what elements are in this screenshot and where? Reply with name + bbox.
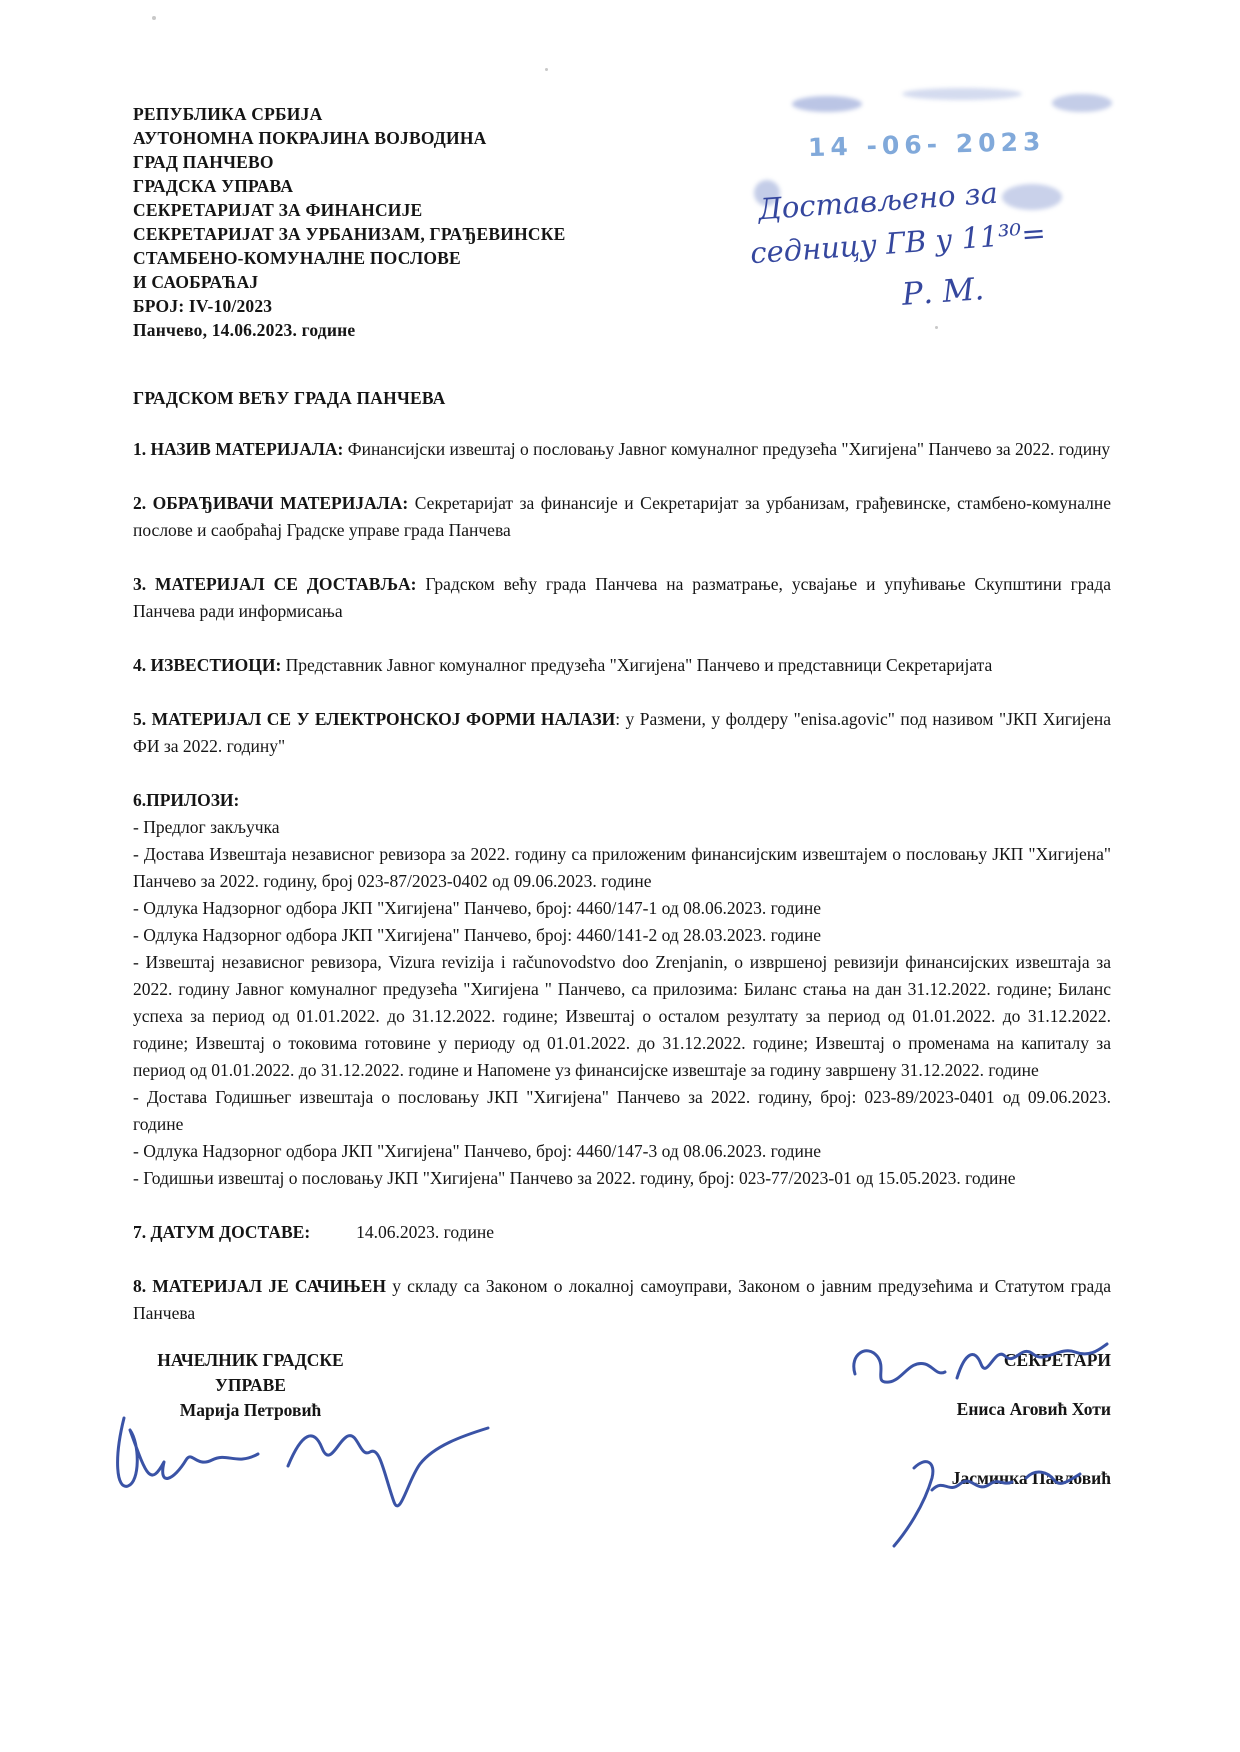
signatory-left: НАЧЕЛНИК ГРАДСКЕ УПРАВЕ Марија Петровић <box>133 1348 368 1491</box>
item-8-label: 8. МАТЕРИЈАЛ ЈЕ САЧИЊЕН <box>133 1276 386 1296</box>
item-7-label: 7. ДАТУМ ДОСТАВЕ: <box>133 1222 310 1242</box>
attachment-item: - Достава Годишњег извештаја о пословању… <box>133 1084 1111 1138</box>
letterhead-line: СЕКРЕТАРИЈАТ ЗА УРБАНИЗАМ, ГРАЂЕВИНСКЕ <box>133 222 1111 246</box>
item-1-text: Финансијски извештај о пословању Јавног … <box>348 439 1110 459</box>
item-2: 2. ОБРАЂИВАЧИ МАТЕРИЈАЛА: Секретаријат з… <box>133 490 1111 544</box>
place-and-date: Панчево, 14.06.2023. године <box>133 318 1111 342</box>
attachments-list: - Предлог закључка - Достава Извештаја н… <box>133 814 1111 1192</box>
left-title-line2: УПРАВЕ <box>133 1373 368 1398</box>
item-8: 8. МАТЕРИЈАЛ ЈЕ САЧИЊЕН у складу са Зако… <box>133 1273 1111 1327</box>
attachment-item: - Одлука Надзорног одбора ЈКП "Хигијена"… <box>133 922 1111 949</box>
letterhead-line: ГРАД ПАНЧЕВО <box>133 150 1111 174</box>
left-title-line1: НАЧЕЛНИК ГРАДСКЕ <box>133 1348 368 1373</box>
letterhead-line: РЕПУБЛИКА СРБИЈА <box>133 102 1111 126</box>
attachment-item: - Предлог закључка <box>133 814 1111 841</box>
signatory-right: СЕКРЕТАРИ Ениса Аговић Хоти Јасминка Пав… <box>811 1348 1111 1491</box>
document-page: 14 -06- 2023 Достављено за седницу ГВ у … <box>0 0 1240 1752</box>
recipient-heading: ГРАДСКОМ ВЕЋУ ГРАДА ПАНЧЕВА <box>133 388 1111 409</box>
attachment-item: - Годишњи извештај о пословању ЈКП "Хиги… <box>133 1165 1111 1192</box>
item-5: 5. МАТЕРИЈАЛ СЕ У ЕЛЕКТРОНСКОЈ ФОРМИ НАЛ… <box>133 706 1111 760</box>
item-1: 1. НАЗИВ МАТЕРИЈАЛА: Финансијски извешта… <box>133 436 1111 463</box>
signature-section: НАЧЕЛНИК ГРАДСКЕ УПРАВЕ Марија Петровић … <box>133 1348 1111 1491</box>
letterhead-line: ГРАДСКА УПРАВА <box>133 174 1111 198</box>
letterhead-line: СТАМБЕНО-КОМУНАЛНЕ ПОСЛОВЕ <box>133 246 1111 270</box>
scan-speck <box>152 16 156 20</box>
item-4-text: Представник Јавног комуналног предузећа … <box>286 655 993 675</box>
attachment-item: - Одлука Надзорног одбора ЈКП "Хигијена"… <box>133 1138 1111 1165</box>
item-5-label: 5. МАТЕРИЈАЛ СЕ У ЕЛЕКТРОНСКОЈ ФОРМИ НАЛ… <box>133 709 615 729</box>
item-3: 3. МАТЕРИЈАЛ СЕ ДОСТАВЉА: Градском већу … <box>133 571 1111 625</box>
scan-speck <box>545 68 548 71</box>
item-1-label: 1. НАЗИВ МАТЕРИЈАЛА: <box>133 439 343 459</box>
letterhead-line: СЕКРЕТАРИЈАТ ЗА ФИНАНСИЈЕ <box>133 198 1111 222</box>
item-6-label: 6.ПРИЛОЗИ: <box>133 790 239 810</box>
item-3-label: 3. МАТЕРИЈАЛ СЕ ДОСТАВЉА: <box>133 574 416 594</box>
letterhead-line: И САОБРАЋАЈ <box>133 270 1111 294</box>
document-content: РЕПУБЛИКА СРБИЈА АУТОНОМНА ПОКРАЈИНА ВОЈ… <box>133 102 1111 1327</box>
attachment-item: - Извештај независног ревизора, Vizura r… <box>133 949 1111 1084</box>
item-7-text: 14.06.2023. године <box>310 1222 494 1242</box>
item-6-heading: 6.ПРИЛОЗИ: <box>133 787 1111 814</box>
item-4: 4. ИЗВЕСТИОЦИ: Представник Јавног комуна… <box>133 652 1111 679</box>
left-signatory-name: Марија Петровић <box>133 1398 368 1423</box>
attachment-item: - Достава Извештаја независног ревизора … <box>133 841 1111 895</box>
document-number: БРОЈ: IV-10/2023 <box>133 294 1111 318</box>
letterhead: РЕПУБЛИКА СРБИЈА АУТОНОМНА ПОКРАЈИНА ВОЈ… <box>133 102 1111 342</box>
right-title: СЕКРЕТАРИ <box>811 1348 1111 1373</box>
letterhead-line: АУТОНОМНА ПОКРАЈИНА ВОЈВОДИНА <box>133 126 1111 150</box>
right-signatory-name-1: Ениса Аговић Хоти <box>811 1397 1111 1422</box>
item-4-label: 4. ИЗВЕСТИОЦИ: <box>133 655 281 675</box>
item-2-label: 2. ОБРАЂИВАЧИ МАТЕРИЈАЛА: <box>133 493 408 513</box>
right-signatory-name-2: Јасминка Павловић <box>811 1466 1111 1491</box>
ink-smudge <box>902 88 1022 100</box>
item-7: 7. ДАТУМ ДОСТАВЕ:14.06.2023. године <box>133 1219 1111 1246</box>
attachment-item: - Одлука Надзорног одбора ЈКП "Хигијена"… <box>133 895 1111 922</box>
